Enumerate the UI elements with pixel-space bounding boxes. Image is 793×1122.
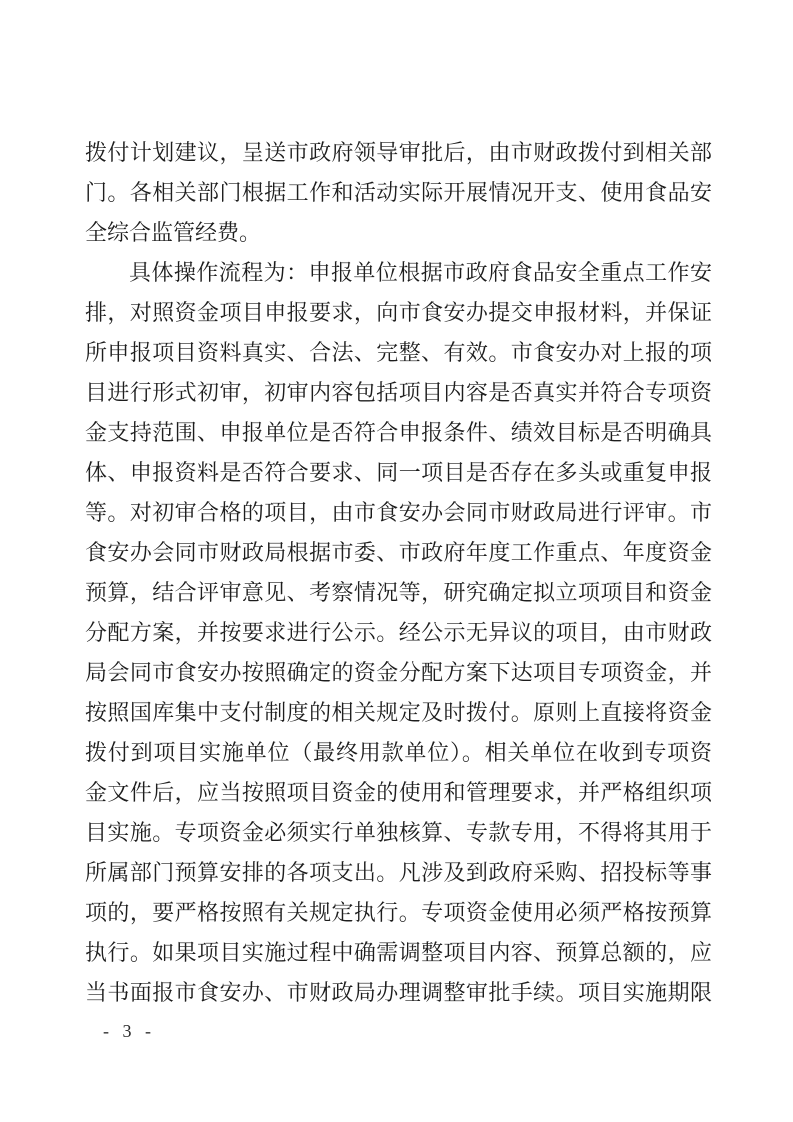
- text-line: 门。各相关部门根据工作和活动实际开展情况开支、使用食品安: [85, 173, 712, 213]
- text-line: 目实施。专项资金必须实行单独核算、专款专用，不得将其用于: [85, 813, 712, 853]
- text-line: 具体操作流程为：申报单位根据市政府食品安全重点工作安: [85, 253, 712, 293]
- text-line: 目进行形式初审，初审内容包括项目内容是否真实并符合专项资: [85, 373, 712, 413]
- text-line: 当书面报市食安办、市财政局办理调整审批手续。项目实施期限: [85, 973, 712, 1013]
- page-number: - 3 -: [103, 1018, 153, 1044]
- text-line: 执行。如果项目实施过程中确需调整项目内容、预算总额的，应: [85, 933, 712, 973]
- text-line: 排，对照资金项目申报要求，向市食安办提交申报材料，并保证: [85, 293, 712, 333]
- text-line: 分配方案，并按要求进行公示。经公示无异议的项目，由市财政: [85, 613, 712, 653]
- text-line: 预算，结合评审意见、考察情况等，研究确定拟立项项目和资金: [85, 573, 712, 613]
- document-page: 拨付计划建议，呈送市政府领导审批后，由市财政拨付到相关部门。各相关部门根据工作和…: [0, 0, 793, 1122]
- text-line: 按照国库集中支付制度的相关规定及时拨付。原则上直接将资金: [85, 693, 712, 733]
- text-line: 所申报项目资料真实、合法、完整、有效。市食安办对上报的项: [85, 333, 712, 373]
- text-line: 金文件后，应当按照项目资金的使用和管理要求，并严格组织项: [85, 773, 712, 813]
- text-line: 全综合监管经费。: [85, 213, 712, 253]
- text-line: 食安办会同市财政局根据市委、市政府年度工作重点、年度资金: [85, 533, 712, 573]
- text-line: 局会同市食安办按照确定的资金分配方案下达项目专项资金，并: [85, 653, 712, 693]
- text-line: 金支持范围、申报单位是否符合申报条件、绩效目标是否明确具: [85, 413, 712, 453]
- text-line: 所属部门预算安排的各项支出。凡涉及到政府采购、招投标等事: [85, 853, 712, 893]
- text-line: 拨付计划建议，呈送市政府领导审批后，由市财政拨付到相关部: [85, 133, 712, 173]
- text-line: 体、申报资料是否符合要求、同一项目是否存在多头或重复申报: [85, 453, 712, 493]
- document-body: 拨付计划建议，呈送市政府领导审批后，由市财政拨付到相关部门。各相关部门根据工作和…: [85, 133, 712, 1013]
- text-line: 拨付到项目实施单位（最终用款单位）。相关单位在收到专项资: [85, 733, 712, 773]
- text-line: 等。对初审合格的项目，由市食安办会同市财政局进行评审。市: [85, 493, 712, 533]
- text-line: 项的，要严格按照有关规定执行。专项资金使用必须严格按预算: [85, 893, 712, 933]
